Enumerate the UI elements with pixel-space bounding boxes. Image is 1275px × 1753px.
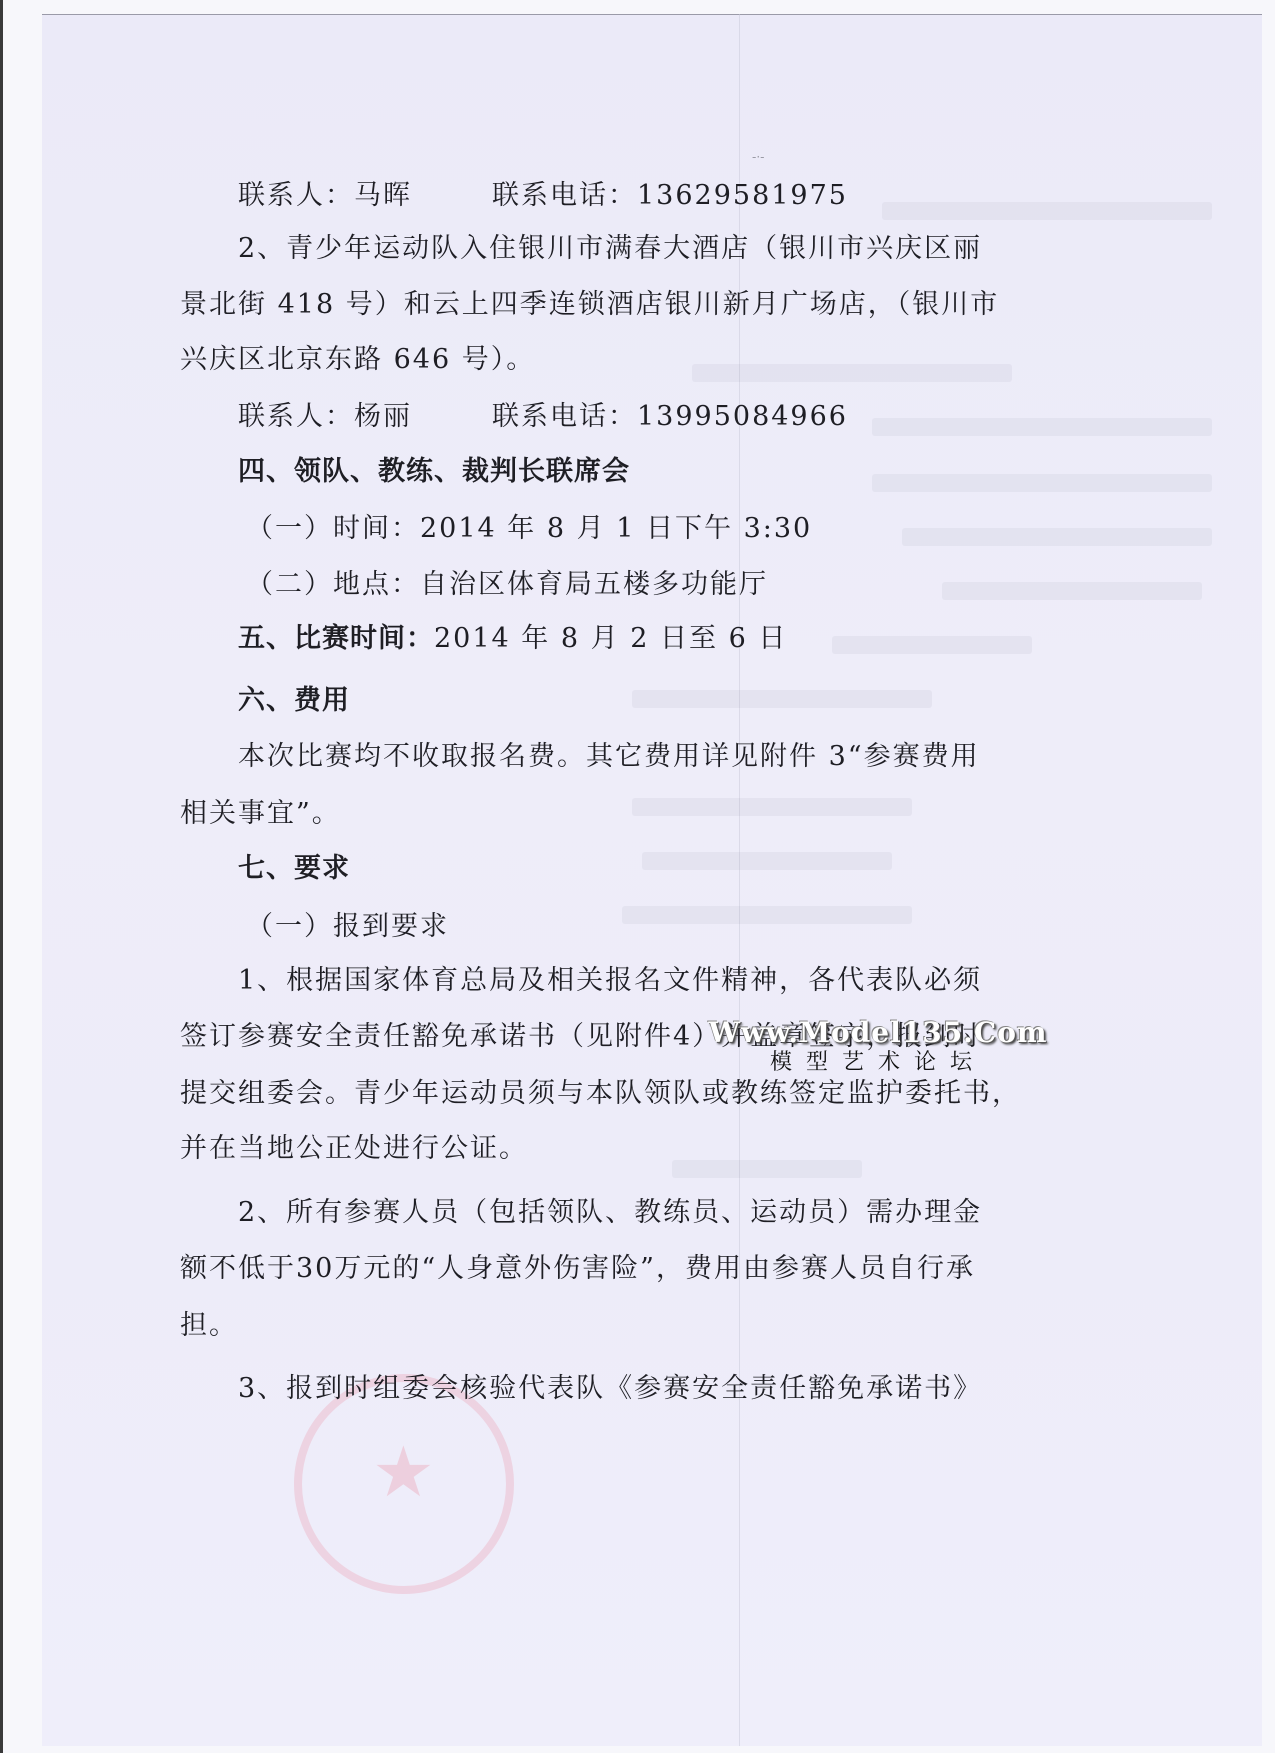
bleed-through <box>872 474 1212 492</box>
section-heading-label: 五、比赛时间： <box>238 623 434 654</box>
bleed-through <box>902 528 1212 546</box>
section-heading: 七、要求 <box>238 852 350 886</box>
paragraph-line: 提交组委会。青少年运动员须与本队领队或教练签定监护委托书， <box>180 1077 1021 1111</box>
subsection-line: （二）地点：自治区体育局五楼多功能厅 <box>246 568 768 602</box>
site-watermark: Www.Model135.Com 模型艺术论坛 <box>708 1018 1048 1076</box>
paragraph-line: 景北街 418 号）和云上四季连锁酒店银川新月广场店，（银川市 <box>180 288 999 322</box>
section-heading: 五、比赛时间：2014 年 8 月 2 日至 6 日 <box>238 622 787 656</box>
watermark-url: Www.Model135.Com <box>708 1018 1048 1048</box>
bleed-through <box>692 364 1012 382</box>
contact-line: 联系人：马晖联系电话：13629581975 <box>238 179 848 213</box>
bleed-through <box>672 1160 862 1178</box>
bleed-through <box>942 582 1202 600</box>
contact-name: 联系人：马晖 <box>238 180 412 211</box>
paragraph-line: 本次比赛均不收取报名费。其它费用详见附件 3“参赛费用 <box>238 740 980 774</box>
paragraph-line: 额不低于30万元的“人身意外伤害险”，费用由参赛人员自行承 <box>180 1252 975 1286</box>
paragraph-line: 2、所有参赛人员（包括领队、教练员、运动员）需办理金 <box>238 1196 982 1230</box>
paragraph-line: 3、报到时组委会核验代表队《参赛安全责任豁免承诺书》 <box>238 1372 982 1406</box>
bleed-through <box>642 852 892 870</box>
bleed-through <box>882 202 1212 220</box>
paragraph-line: 相关事宜”。 <box>180 797 341 831</box>
contact-phone: 联系电话：13995084966 <box>492 401 848 432</box>
subsection-line: （一）报到要求 <box>246 910 449 944</box>
document-page: ★ -·- <box>42 14 1262 1746</box>
paragraph-line: 兴庆区北京东路 646 号）。 <box>180 343 535 377</box>
contact-name: 联系人：杨丽 <box>238 401 412 432</box>
bleed-through <box>622 906 912 924</box>
contact-phone: 联系电话：13629581975 <box>492 180 848 211</box>
bleed-through <box>872 418 1212 436</box>
bleed-through <box>832 636 1032 654</box>
section-heading-value: 2014 年 8 月 2 日至 6 日 <box>434 623 787 654</box>
subsection-line: （一）时间：2014 年 8 月 1 日下午 3:30 <box>246 512 812 546</box>
paragraph-line: 并在当地公正处进行公证。 <box>180 1132 528 1166</box>
bleed-through <box>632 690 932 708</box>
contact-line: 联系人：杨丽联系电话：13995084966 <box>238 400 848 434</box>
paper-fold-line <box>739 14 740 1746</box>
official-seal: ★ <box>294 1374 514 1594</box>
star-icon: ★ <box>372 1437 435 1507</box>
paragraph-line: 1、根据国家体育总局及相关报名文件精神，各代表队必须 <box>238 964 982 998</box>
bleed-through <box>632 798 912 816</box>
section-heading: 四、领队、教练、裁判长联席会 <box>238 455 630 489</box>
scan-edge <box>0 0 3 1753</box>
paragraph-line: 2、青少年运动队入住银川市满春大酒店（银川市兴庆区丽 <box>238 232 982 266</box>
section-heading: 六、费用 <box>238 684 350 718</box>
paragraph-line: 担。 <box>180 1309 238 1343</box>
watermark-caption: 模型艺术论坛 <box>708 1050 1048 1076</box>
page-mark: -·- <box>752 150 764 164</box>
